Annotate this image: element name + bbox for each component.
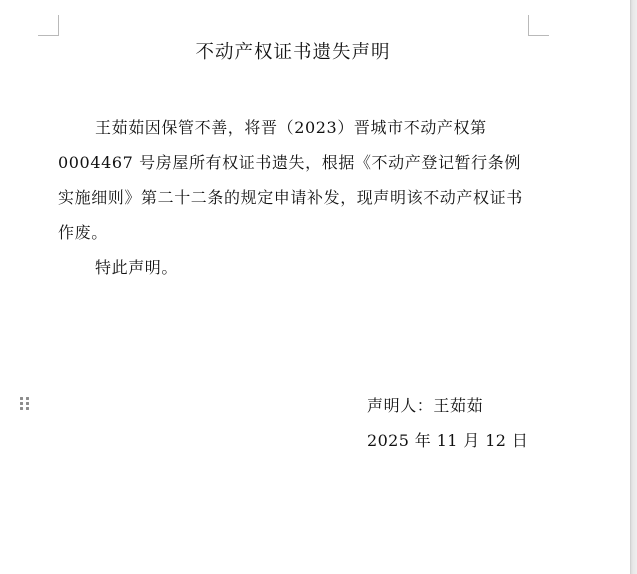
document-page[interactable]: 不动产权证书遗失声明 王茹茹因保管不善，将晋（2023）晋城市不动产权第0004… bbox=[0, 0, 630, 574]
drag-handle-dot bbox=[26, 397, 29, 400]
document-title[interactable]: 不动产权证书遗失声明 bbox=[0, 41, 586, 65]
top-left-margin-corner-mark bbox=[38, 15, 59, 36]
drag-handle-dot bbox=[26, 402, 29, 405]
page-edge-shadow bbox=[630, 0, 637, 574]
closing-paragraph[interactable]: 特此声明。 bbox=[95, 250, 178, 285]
date-line[interactable]: 2025 年 11 月 12 日 bbox=[367, 426, 528, 456]
top-right-margin-corner-mark bbox=[528, 15, 549, 36]
drag-handle-dot bbox=[20, 407, 23, 410]
drag-handle-dot bbox=[20, 397, 23, 400]
drag-handle-dot bbox=[26, 407, 29, 410]
signer-line[interactable]: 声明人：王茹茹 bbox=[367, 391, 483, 421]
drag-handle-dot bbox=[20, 402, 23, 405]
body-paragraph[interactable]: 王茹茹因保管不善，将晋（2023）晋城市不动产权第0004467 号房屋所有权证… bbox=[58, 110, 534, 250]
document-viewport: 不动产权证书遗失声明 王茹茹因保管不善，将晋（2023）晋城市不动产权第0004… bbox=[0, 0, 637, 574]
drag-handle-icon[interactable] bbox=[20, 397, 30, 413]
